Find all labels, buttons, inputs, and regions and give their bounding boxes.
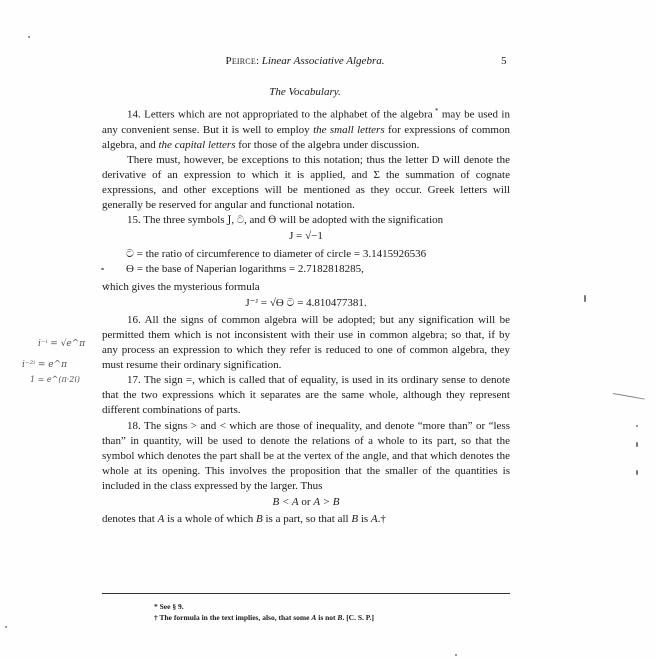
- margin-note-1: i⁻ⁱ = √e^π: [38, 339, 85, 349]
- stray-pen-mark: [613, 393, 645, 400]
- conclusion-text-c: is a part, so that all: [263, 513, 352, 525]
- scan-speck: [636, 470, 638, 475]
- footnote-text: See § 9.: [158, 602, 184, 611]
- formula-intro: which gives the mysterious formula: [102, 280, 510, 295]
- header-author: Peirce: [226, 55, 256, 67]
- scan-speck: [636, 442, 638, 447]
- p14-emphasis-small-letters: the small letters: [313, 124, 385, 136]
- document-page: Peirce: Linear Associative Algebra. 5 Th…: [0, 0, 655, 659]
- paragraph-17: 17. The sign =, which is called that of …: [102, 373, 510, 418]
- scan-speck: [106, 284, 108, 286]
- conclusion-text-a: denotes that: [102, 513, 158, 525]
- formula-rhs: A > B: [313, 496, 339, 508]
- definition-e: ϴ = the base of Naperian logarithms = 2.…: [102, 262, 510, 277]
- footnote-text: is not: [316, 613, 337, 622]
- formula-or: or: [299, 496, 314, 508]
- p14-text-4: for those of the algebra under discussio…: [235, 139, 419, 151]
- scan-speck: [636, 425, 638, 427]
- paragraph-14b: There must, however, be exceptions to th…: [102, 153, 510, 213]
- paragraph-18: 18. The signs > and < which are those of…: [102, 419, 510, 494]
- p14-text-1: 14. Letters which are not appropriated t…: [127, 109, 433, 121]
- formula-lhs: B < A: [272, 496, 298, 508]
- scan-speck: [28, 36, 30, 38]
- footnote-2: † The formula in the text implies, also,…: [154, 613, 514, 624]
- footnote-text: . [C. S. P.]: [342, 613, 374, 622]
- footnote-1: * See § 9.: [154, 602, 514, 613]
- footnote-divider: [102, 593, 510, 594]
- footnote-text: The formula in the text implies, also, t…: [158, 613, 312, 622]
- scan-speck: [5, 626, 7, 628]
- body-text: 14. Letters which are not appropriated t…: [102, 104, 510, 527]
- p15-text-c: , and: [244, 214, 268, 226]
- var-a: A: [371, 513, 378, 525]
- section-title: The Vocabulary.: [100, 86, 510, 98]
- footnote-mark-dagger: .†: [378, 513, 386, 525]
- p14-emphasis-capital-letters: the capital letters: [159, 139, 236, 151]
- scan-speck: [455, 654, 457, 656]
- conclusion-text-b: is a whole of which: [164, 513, 256, 525]
- symbol-pi: ට: [237, 215, 244, 226]
- scan-speck: [101, 268, 104, 270]
- scan-speck: [584, 295, 586, 302]
- conclusion-text-d: is: [358, 513, 371, 525]
- paragraph-14: 14. Letters which are not appropriated t…: [102, 104, 510, 153]
- page-number: 5: [501, 55, 507, 67]
- margin-note-3: 1 = e^(π·2i): [30, 375, 80, 385]
- paragraph-15: 15. The three symbols J, ට, and ϴ will b…: [102, 213, 510, 228]
- paragraph-16: 16. All the signs of common algebra will…: [102, 313, 510, 373]
- formula-j-definition: J = √−1: [102, 229, 510, 244]
- p15-text-a: 15. The three symbols: [127, 214, 227, 226]
- margin-note-2: i⁻²ⁱ = e^π: [22, 360, 67, 370]
- running-head: Peirce: Linear Associative Algebra.: [100, 55, 510, 67]
- definition-pi: ට = the ratio of circumference to diamet…: [102, 247, 510, 262]
- conclusion-line: denotes that A is a whole of which B is …: [102, 512, 510, 527]
- formula-inequality: B < A or A > B: [102, 495, 510, 510]
- var-b: B: [256, 513, 263, 525]
- p15-text-d: will be adopted with the signification: [276, 214, 443, 226]
- formula-mysterious: J⁻ᴶ = √ϴ ට = 4.810477381.: [102, 296, 510, 311]
- footnotes: * See § 9. † The formula in the text imp…: [154, 602, 514, 623]
- header-title: Linear Associative Algebra.: [262, 55, 385, 67]
